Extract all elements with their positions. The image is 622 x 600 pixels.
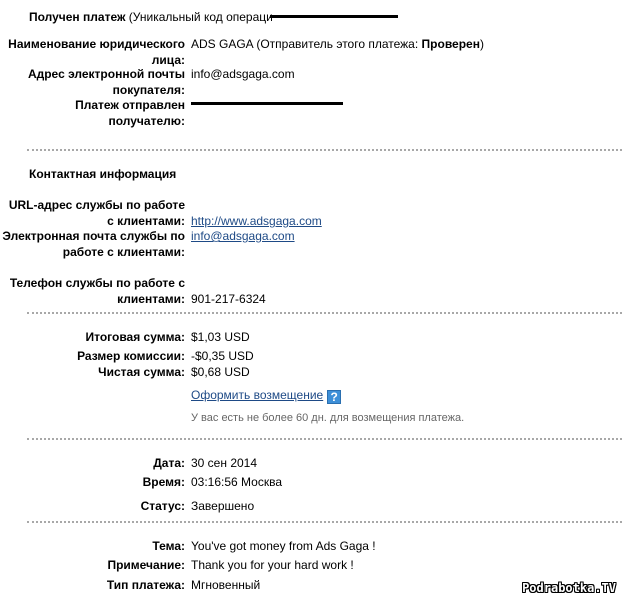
note-value: Thank you for your hard work !	[185, 557, 354, 573]
gross-amount-value: $1,03 USD	[185, 329, 250, 345]
redacted-transaction-id	[270, 15, 398, 18]
legal-name-text: ADS GAGA (Отправитель этого платежа:	[191, 37, 422, 51]
gross-amount-label: Итоговая сумма:	[0, 329, 185, 345]
section-divider	[27, 312, 622, 314]
section-divider	[27, 521, 622, 523]
sent-to-label: Платеж отправлен получателю:	[0, 97, 185, 129]
support-url-value: http://www.adsgaga.com	[185, 197, 322, 229]
status-label: Статус:	[0, 498, 185, 514]
support-email-row: Электронная почта службы по работе с кли…	[0, 228, 622, 260]
sent-to-value	[185, 97, 343, 129]
support-url-link[interactable]: http://www.adsgaga.com	[191, 214, 322, 228]
payment-type-label: Тип платежа:	[0, 577, 185, 593]
fee-row: Размер комиссии: -$0,35 USD	[0, 348, 622, 364]
buyer-email-value: info@adsgaga.com	[185, 66, 295, 98]
buyer-email-label: Адрес электронной почты покупателя:	[0, 66, 185, 98]
gross-amount-row: Итоговая сумма: $1,03 USD	[0, 329, 622, 345]
time-value: 03:16:56 Москва	[185, 474, 282, 490]
refund-spacer	[0, 387, 185, 404]
subject-value: You've got money from Ads Gaga !	[185, 538, 376, 554]
issue-refund-link[interactable]: Оформить возмещение	[191, 388, 323, 402]
support-url-label: URL-адрес службы по работе с клиентами:	[0, 197, 185, 229]
note-label: Примечание:	[0, 557, 185, 573]
payment-type-value: Мгновенный	[185, 577, 260, 593]
legal-name-row: Наименование юридического лица: ADS GAGA…	[0, 36, 622, 68]
time-label: Время:	[0, 474, 185, 490]
date-label: Дата:	[0, 455, 185, 471]
note-row: Примечание: Thank you for your hard work…	[0, 557, 622, 573]
legal-name-value: ADS GAGA (Отправитель этого платежа: Про…	[185, 36, 484, 68]
section-divider	[27, 438, 622, 440]
fee-value: -$0,35 USD	[185, 348, 254, 364]
support-email-value: info@adsgaga.com	[185, 228, 295, 260]
support-phone-row: Телефон службы по работе с клиентами: 90…	[0, 275, 622, 307]
subject-row: Тема: You've got money from Ads Gaga !	[0, 538, 622, 554]
support-phone-label: Телефон службы по работе с клиентами:	[0, 275, 185, 307]
subject-label: Тема:	[0, 538, 185, 554]
contact-info-title: Контактная информация	[29, 166, 176, 182]
header-title: Получен платеж	[29, 10, 125, 24]
payment-received-header: Получен платеж (Уникальный код операци	[29, 9, 398, 25]
status-row: Статус: Завершено	[0, 498, 622, 514]
fee-label: Размер комиссии:	[0, 348, 185, 364]
refund-deadline-note: У вас есть не более 60 дн. для возмещени…	[191, 411, 464, 425]
date-row: Дата: 30 сен 2014	[0, 455, 622, 471]
header-transaction-id-label: (Уникальный код операци	[125, 10, 272, 24]
support-phone-value: 901-217-6324	[185, 275, 266, 307]
help-icon[interactable]: ?	[327, 390, 341, 404]
support-email-link[interactable]: info@adsgaga.com	[191, 229, 295, 243]
refund-actions: Оформить возмещение?	[185, 387, 341, 404]
support-url-row: URL-адрес службы по работе с клиентами: …	[0, 197, 622, 229]
section-divider	[27, 149, 622, 151]
legal-name-suffix: )	[480, 37, 484, 51]
legal-name-label: Наименование юридического лица:	[0, 36, 185, 68]
buyer-email-row: Адрес электронной почты покупателя: info…	[0, 66, 622, 98]
status-value: Завершено	[185, 498, 254, 514]
net-amount-label: Чистая сумма:	[0, 364, 185, 380]
support-email-label: Электронная почта службы по работе с кли…	[0, 228, 185, 260]
redacted-recipient	[191, 102, 343, 105]
net-amount-value: $0,68 USD	[185, 364, 250, 380]
date-value: 30 сен 2014	[185, 455, 257, 471]
net-amount-row: Чистая сумма: $0,68 USD	[0, 364, 622, 380]
refund-row: Оформить возмещение?	[0, 387, 622, 404]
watermark: Podrabotka.TV	[522, 581, 616, 595]
time-row: Время: 03:16:56 Москва	[0, 474, 622, 490]
sent-to-row: Платеж отправлен получателю:	[0, 97, 622, 129]
sender-verified-status: Проверен	[422, 37, 480, 51]
